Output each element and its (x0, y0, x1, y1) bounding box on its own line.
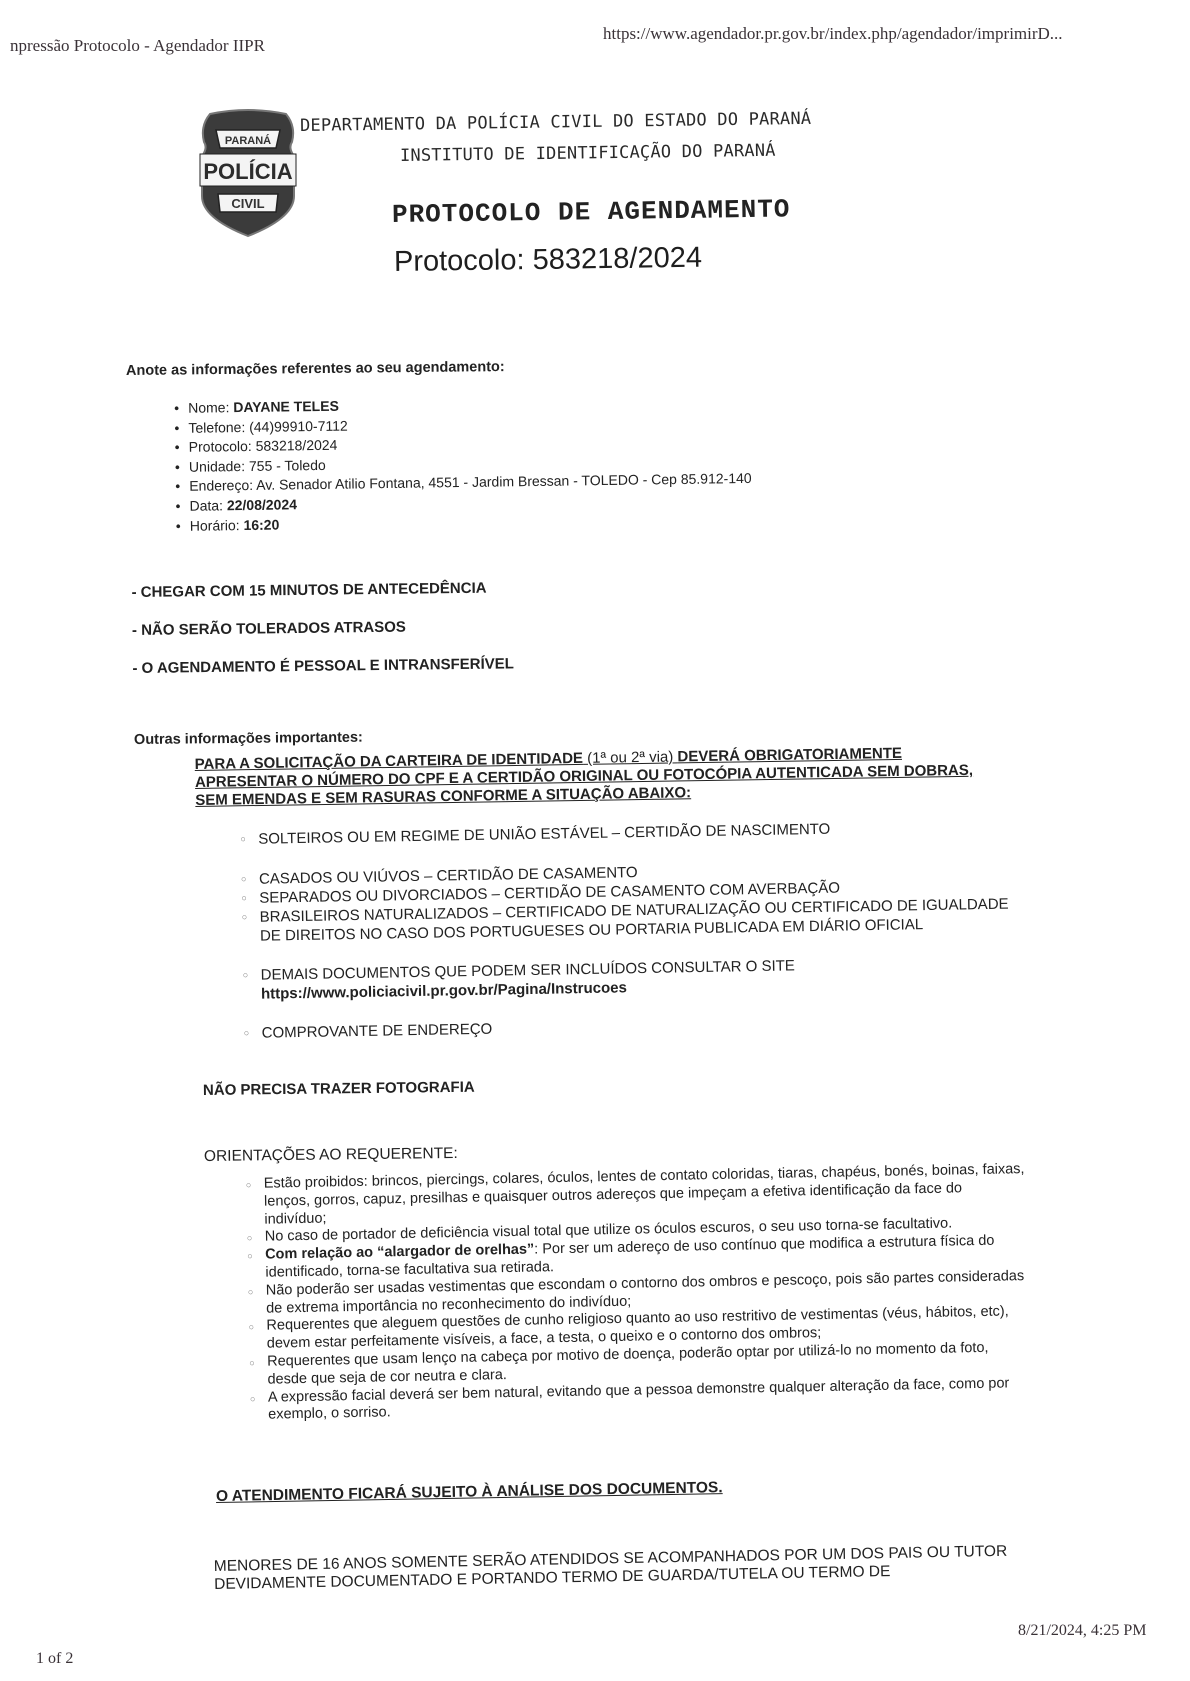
no-photo-note: NÃO PRECISA TRAZER FOTOGRAFIA (203, 1079, 475, 1099)
print-timestamp: 8/21/2024, 4:25 PM (1018, 1622, 1146, 1640)
protocol-heading: Protocolo: 583218/2024 (394, 242, 702, 279)
circle-bullet-icon: ○ (248, 1284, 254, 1302)
circle-bullet-icon: ○ (249, 1355, 255, 1373)
appointment-item-label: Telefone: (188, 419, 245, 436)
appointment-intro: Anote as informações referentes ao seu a… (126, 359, 505, 379)
list-item: ○DEMAIS DOCUMENTOS QUE PODEM SER INCLUÍD… (243, 952, 1034, 1004)
warning-arrive-early: - CHEGAR COM 15 MINUTOS DE ANTECEDÊNCIA (131, 579, 513, 622)
circle-bullet-icon: ○ (242, 908, 248, 927)
other-info-heading: Outras informações importantes: (134, 730, 363, 748)
analysis-note: O ATENDIMENTO FICARÁ SUJEITO À ANÁLISE D… (216, 1479, 723, 1506)
appointment-item-label: Endereço: (189, 477, 253, 494)
circle-bullet-icon: ○ (241, 889, 247, 908)
svg-text:POLÍCIA: POLÍCIA (203, 159, 292, 184)
orientations-heading: ORIENTAÇÕES AO REQUERENTE: (204, 1145, 458, 1166)
circle-bullet-icon: ○ (250, 1390, 256, 1408)
institute-name: INSTITUTO DE IDENTIFICAÇÃO DO PARANÁ (400, 141, 776, 166)
appointment-item-value: 22/08/2024 (227, 496, 297, 513)
print-url: https://www.agendador.pr.gov.br/index.ph… (603, 24, 1063, 44)
appointment-item-label: Data: (189, 497, 223, 513)
appointment-details-list: Nome: DAYANE TELESTelefone: (44)99910-71… (174, 389, 896, 536)
circle-bullet-icon: ○ (244, 1024, 250, 1043)
appointment-item-value: DAYANE TELES (233, 398, 339, 415)
minors-note: MENORES DE 16 ANOS SOMENTE SERÃO ATENDID… (214, 1543, 1015, 1594)
warning-personal: - O AGENDAMENTO É PESSOAL E INTRANSFERÍV… (132, 655, 514, 677)
circle-bullet-icon: ○ (246, 1177, 252, 1195)
list-item: ○COMPROVANTE DE ENDEREÇO (244, 1010, 1034, 1043)
print-page-title: npressão Protocolo - Agendador IIPR (10, 36, 265, 56)
list-item: ○SOLTEIROS OU EM REGIME DE UNIÃO ESTÁVEL… (240, 816, 1030, 849)
appointment-item-label: Horário: (190, 517, 240, 534)
protocol-label: Protocolo: (394, 244, 525, 278)
appointment-item-label: Nome: (188, 399, 229, 416)
police-badge-icon: PARANÁ POLÍCIA CIVIL (196, 108, 300, 238)
department-name: DEPARTAMENTO DA POLÍCIA CIVIL DO ESTADO … (300, 109, 812, 136)
appointment-item-label: Unidade: (189, 458, 245, 475)
warnings: - CHEGAR COM 15 MINUTOS DE ANTECEDÊNCIA … (131, 579, 514, 677)
appointment-item-label: Protocolo: (189, 438, 252, 455)
page-count: 1 of 2 (36, 1650, 73, 1668)
documents-list: ○SOLTEIROS OU EM REGIME DE UNIÃO ESTÁVEL… (240, 816, 1034, 1043)
orientations-list: ○Estão proibidos: brincos, piercings, co… (246, 1161, 1031, 1425)
page-title: PROTOCOLO DE AGENDAMENTO (392, 194, 791, 230)
protocol-number: 583218/2024 (532, 242, 702, 276)
documents-section: ○SOLTEIROS OU EM REGIME DE UNIÃO ESTÁVEL… (240, 816, 1034, 1043)
circle-bullet-icon: ○ (247, 1230, 253, 1248)
appointment-item-value: 583218/2024 (256, 437, 338, 454)
circle-bullet-icon: ○ (241, 870, 247, 889)
requirement-note: PARA A SOLICITAÇÃO DA CARTEIRA DE IDENTI… (195, 743, 996, 810)
appointment-item-value: 755 - Toledo (249, 457, 326, 474)
svg-text:PARANÁ: PARANÁ (225, 134, 271, 147)
circle-bullet-icon: ○ (243, 966, 249, 985)
circle-bullet-icon: ○ (240, 830, 246, 849)
instructions-link[interactable]: https://www.policiacivil.pr.gov.br/Pagin… (261, 979, 627, 1002)
warning-no-delays: - NÃO SERÃO TOLERADOS ATRASOS (132, 617, 514, 660)
appointment-item-value: 16:20 (243, 516, 279, 532)
appointment-item-value: (44)99910-7112 (249, 417, 348, 434)
circle-bullet-icon: ○ (247, 1248, 253, 1266)
circle-bullet-icon: ○ (248, 1319, 254, 1337)
svg-text:CIVIL: CIVIL (231, 196, 264, 211)
